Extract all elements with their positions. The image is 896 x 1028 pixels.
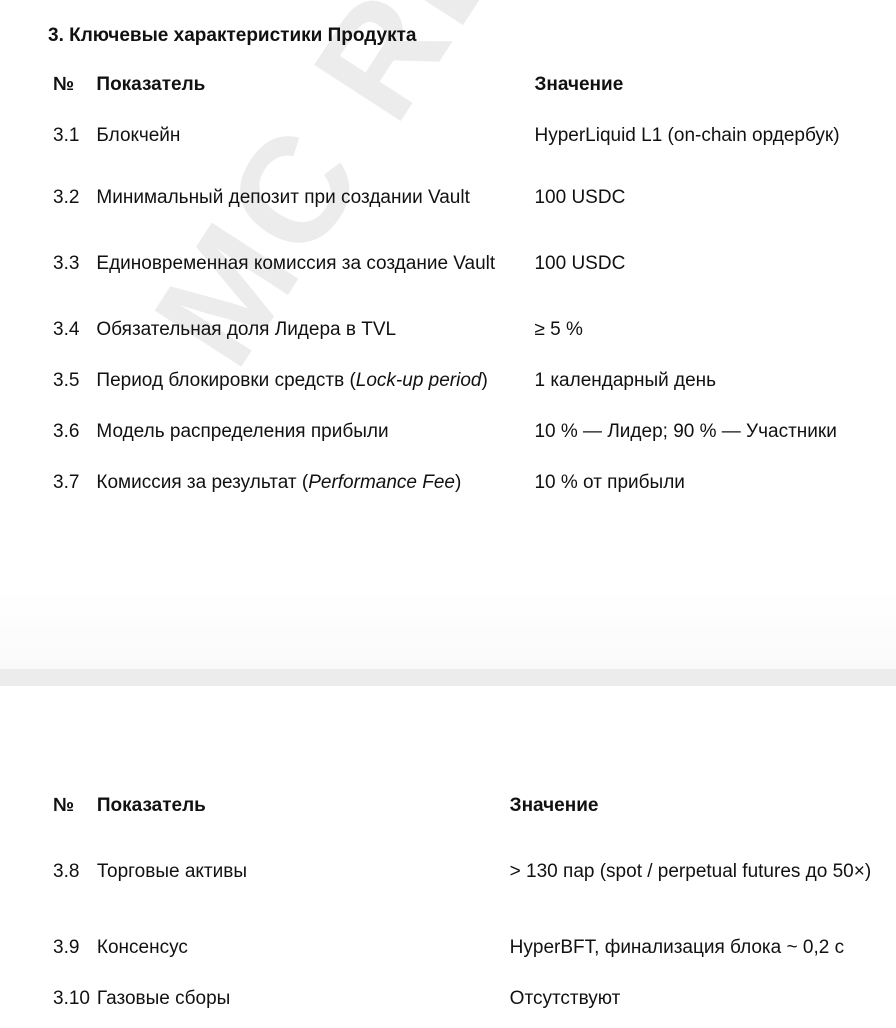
section-title: 3. Ключевые характеристики Продукта bbox=[48, 25, 417, 47]
table-header-row: № Показатель Значение bbox=[48, 791, 896, 821]
row-no: 3.8 bbox=[48, 821, 97, 922]
row-name: Торговые активы bbox=[97, 821, 510, 922]
row-no: 3.5 bbox=[48, 355, 96, 406]
table-row: 3.9 Консенсус HyperBFT, финализация блок… bbox=[48, 922, 896, 973]
table-row: 3.8 Торговые активы > 130 пар (spot / pe… bbox=[48, 821, 896, 922]
row-no: 3.1 bbox=[48, 100, 96, 172]
row-name: Модель распределения прибыли bbox=[96, 406, 534, 457]
row-name: Единовременная комиссия за создание Vaul… bbox=[96, 223, 534, 304]
document-page-1: MC REC 3. Ключевые характеристики Продук… bbox=[0, 0, 896, 669]
header-no: № bbox=[48, 791, 97, 821]
row-value: 10 % от прибыли bbox=[534, 457, 896, 508]
row-value: HyperBFT, финализация блока ~ 0,2 с bbox=[510, 922, 896, 973]
header-name: Показатель bbox=[96, 70, 534, 100]
header-value: Значение bbox=[510, 791, 896, 821]
row-name: Блокчейн bbox=[96, 100, 534, 172]
spec-table-part-2: № Показатель Значение 3.8 Торговые актив… bbox=[48, 791, 896, 1024]
row-value: ≥ 5 % bbox=[534, 304, 896, 355]
row-no: 3.9 bbox=[48, 922, 97, 973]
row-no: 3.4 bbox=[48, 304, 96, 355]
row-value: 100 USDC bbox=[534, 223, 896, 304]
document-page-2: № Показатель Значение 3.8 Торговые актив… bbox=[0, 686, 896, 1028]
name-suffix: ) bbox=[455, 472, 461, 493]
name-suffix: ) bbox=[482, 370, 488, 391]
row-value: 10 % — Лидер; 90 % — Участники bbox=[534, 406, 896, 457]
header-name: Показатель bbox=[97, 791, 510, 821]
table-row: 3.6 Модель распределения прибыли 10 % — … bbox=[48, 406, 896, 457]
spec-table-part-1: № Показатель Значение 3.1 Блокчейн Hyper… bbox=[48, 70, 896, 508]
header-no: № bbox=[48, 70, 96, 100]
table-row: 3.3 Единовременная комиссия за создание … bbox=[48, 223, 896, 304]
table-row: 3.7 Комиссия за результат (Performance F… bbox=[48, 457, 896, 508]
table-row: 3.5 Период блокировки средств (Lock-up p… bbox=[48, 355, 896, 406]
row-name: Минимальный депозит при создании Vault bbox=[96, 172, 534, 223]
row-no: 3.10 bbox=[48, 973, 97, 1024]
table-row: 3.4 Обязательная доля Лидера в TVL ≥ 5 % bbox=[48, 304, 896, 355]
row-no: 3.3 bbox=[48, 223, 96, 304]
row-name: Обязательная доля Лидера в TVL bbox=[96, 304, 534, 355]
name-italic: Lock-up period bbox=[356, 370, 482, 391]
table-header-row: № Показатель Значение bbox=[48, 70, 896, 100]
header-value: Значение bbox=[534, 70, 896, 100]
name-prefix: Комиссия за результат ( bbox=[96, 472, 308, 493]
page-break bbox=[0, 669, 896, 686]
row-name: Период блокировки средств (Lock-up perio… bbox=[96, 355, 534, 406]
row-name: Консенсус bbox=[97, 922, 510, 973]
row-no: 3.2 bbox=[48, 172, 96, 223]
row-no: 3.6 bbox=[48, 406, 96, 457]
table-row: 3.2 Минимальный депозит при создании Vau… bbox=[48, 172, 896, 223]
row-value: 1 календарный день bbox=[534, 355, 896, 406]
row-no: 3.7 bbox=[48, 457, 96, 508]
row-name: Комиссия за результат (Performance Fee) bbox=[96, 457, 534, 508]
row-value: 100 USDC bbox=[534, 172, 896, 223]
row-value: HyperLiquid L1 (on-chain ордербук) bbox=[534, 100, 896, 172]
name-italic: Performance Fee bbox=[308, 472, 455, 493]
table-row: 3.10 Газовые сборы Отсутствуют bbox=[48, 973, 896, 1024]
row-value: > 130 пар (spot / perpetual futures до 5… bbox=[510, 821, 896, 922]
name-prefix: Период блокировки средств ( bbox=[96, 370, 355, 391]
table-row: 3.1 Блокчейн HyperLiquid L1 (on-chain ор… bbox=[48, 100, 896, 172]
row-name: Газовые сборы bbox=[97, 973, 510, 1024]
row-value: Отсутствуют bbox=[510, 973, 896, 1024]
